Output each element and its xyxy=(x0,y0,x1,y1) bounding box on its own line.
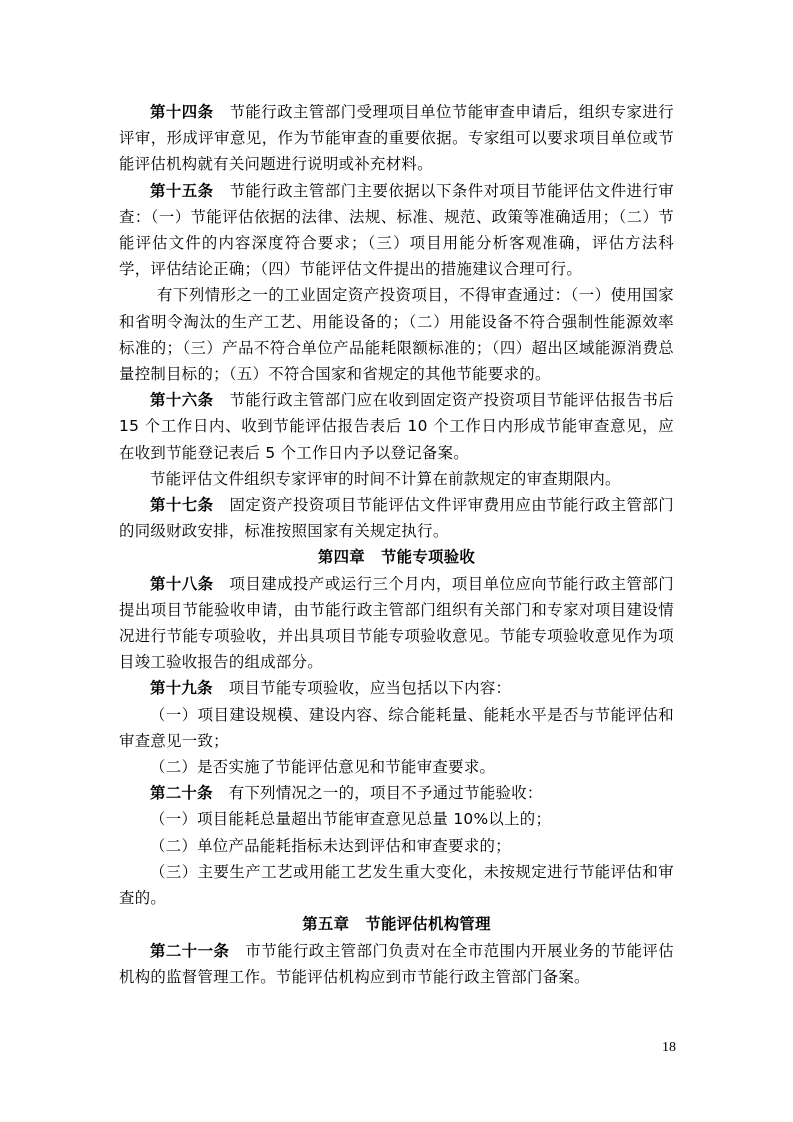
article-label: 第十四条 xyxy=(150,103,214,121)
article-label: 第十七条 xyxy=(150,496,214,514)
list-item: （二）单位产品能耗指标未达到评估和审查要求的； xyxy=(119,833,674,859)
chapter-heading-5: 第五章节能评估机构管理 xyxy=(119,911,674,937)
chapter-label: 第五章 xyxy=(302,915,349,933)
paragraph: 节能评估文件组织专家评审的时间不计算在前款规定的审查期限内。 xyxy=(119,466,674,492)
chapter-heading-4: 第四章节能专项验收 xyxy=(119,544,674,570)
chapter-label: 第四章 xyxy=(318,548,365,566)
list-item: （一）项目能耗总量超出节能审查意见总量 10%以上的； xyxy=(119,806,674,832)
article-label: 第十八条 xyxy=(150,575,214,593)
article-16: 第十六条节能行政主管部门应在收到固定资产投资项目节能评估报告书后 15 个工作日… xyxy=(119,387,674,466)
article-18: 第十八条项目建成投产或运行三个月内，项目单位应向节能行政主管部门提出项目节能验收… xyxy=(119,571,674,676)
chapter-title: 节能专项验收 xyxy=(381,548,475,566)
article-17: 第十七条固定资产投资项目节能评估文件评审费用应由节能行政主管部门的同级财政安排，… xyxy=(119,492,674,544)
article-14: 第十四条节能行政主管部门受理项目单位节能审查申请后，组织专家进行评审，形成评审意… xyxy=(119,99,674,178)
paragraph: 有下列情形之一的工业固定资产投资项目，不得审查通过：（一）使用国家和省明令淘汰的… xyxy=(119,282,674,387)
article-21: 第二十一条市节能行政主管部门负责对在全市范围内开展业务的节能评估机构的监督管理工… xyxy=(119,938,674,990)
article-label: 第二十一条 xyxy=(150,942,229,960)
chapter-title: 节能评估机构管理 xyxy=(365,915,491,933)
article-20: 第二十条有下列情况之一的，项目不予通过节能验收： xyxy=(119,780,674,806)
list-item: （一）项目建设规模、建设内容、综合能耗量、能耗水平是否与节能评估和审查意见一致； xyxy=(119,702,674,754)
article-label: 第二十条 xyxy=(150,784,213,802)
article-text: 有下列情况之一的，项目不予通过节能验收： xyxy=(229,784,543,802)
page-number: 18 xyxy=(662,1040,676,1056)
article-19: 第十九条项目节能专项验收，应当包括以下内容： xyxy=(119,675,674,701)
list-item: （二）是否实施了节能评估意见和节能审查要求。 xyxy=(119,754,674,780)
document-page: 第十四条节能行政主管部门受理项目单位节能审查申请后，组织专家进行评审，形成评审意… xyxy=(119,99,674,990)
article-label: 第十五条 xyxy=(150,182,214,200)
list-item: （三）主要生产工艺或用能工艺发生重大变化，未按规定进行节能评估和审查的。 xyxy=(119,859,674,911)
article-label: 第十九条 xyxy=(150,679,213,697)
article-15: 第十五条节能行政主管部门主要依据以下条件对项目节能评估文件进行审查：（一）节能评… xyxy=(119,178,674,283)
article-label: 第十六条 xyxy=(150,391,214,409)
article-text: 项目节能专项验收，应当包括以下内容： xyxy=(229,679,511,697)
